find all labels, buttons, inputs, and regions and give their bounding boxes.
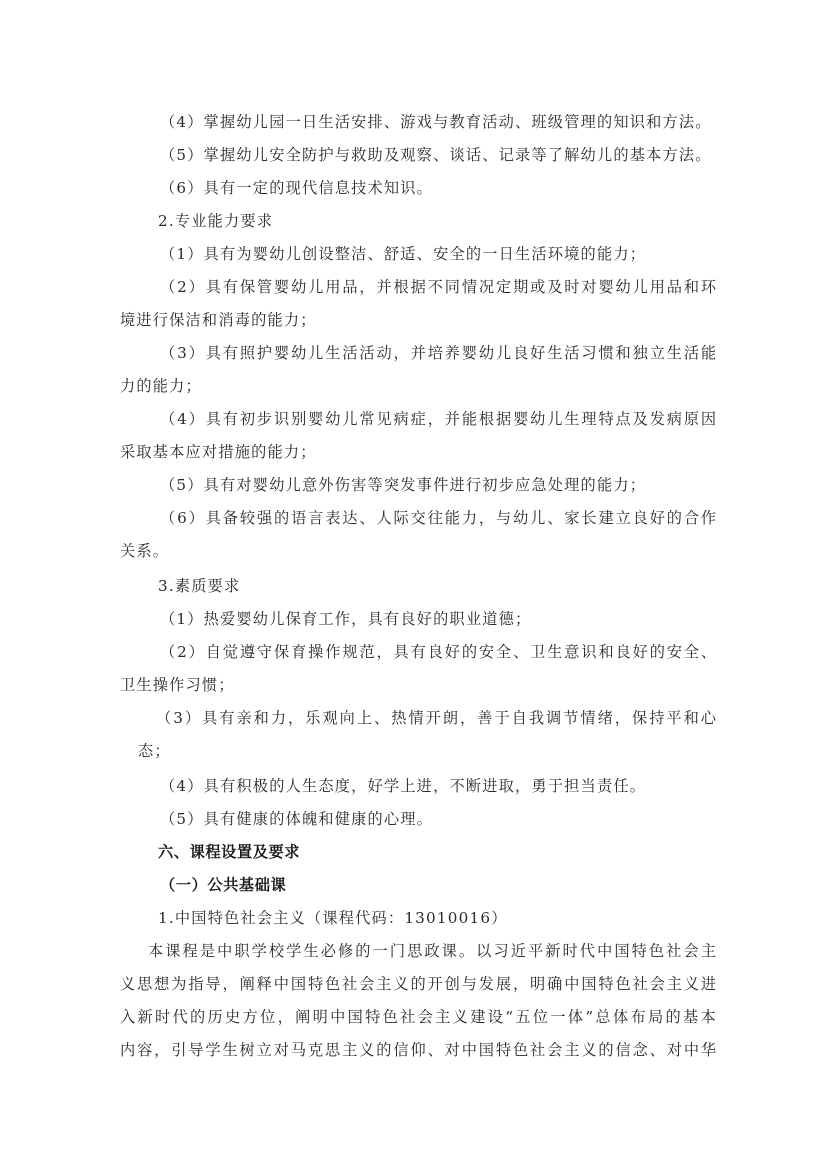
text-line: （1）热爱婴幼儿保育工作，具有良好的职业道德；	[160, 609, 531, 629]
text-line: 1.中国特色社会主义（课程代码：13010016）	[158, 908, 508, 928]
text-line: （2）具有保管婴幼儿用品，并根据不同情况定期或及时对婴幼儿用品和环	[160, 277, 718, 297]
text-line: 力的能力；	[120, 376, 202, 396]
document-page: （4）掌握幼儿园一日生活安排、游戏与教育活动、班级管理的知识和方法。（5）掌握幼…	[0, 0, 827, 1169]
text-line: 3.素质要求	[158, 576, 240, 596]
text-line: （6）具有一定的现代信息技术知识。	[160, 178, 433, 198]
text-line: （2）自觉遵守保育操作规范，具有良好的安全、卫生意识和良好的安全、	[160, 642, 718, 662]
text-line: 2.专业能力要求	[158, 211, 273, 231]
text-line: 入新时代的历史方位，阐明中国特色社会主义建设“五位一体”总体布局的基本	[120, 1007, 718, 1027]
text-line: 内容，引导学生树立对马克思主义的信仰、对中国特色社会主义的信念、对中华	[120, 1040, 718, 1060]
text-line: 采取基本应对措施的能力；	[120, 442, 317, 462]
text-line: （6）具备较强的语言表达、人际交往能力，与幼儿、家长建立良好的合作	[160, 508, 718, 528]
text-line: 义思想为指导，阐释中国特色社会主义的开创与发展，明确中国特色社会主义进	[120, 974, 718, 994]
section-heading: 六、课程设置及要求	[158, 842, 300, 862]
text-line: 态；	[138, 741, 171, 761]
text-line: （1）具有为婴幼儿创设整洁、舒适、安全的一日生活环境的能力；	[160, 244, 646, 264]
text-line: 卫生操作习惯；	[120, 675, 235, 695]
text-line: （5）掌握幼儿安全防护与救助及观察、谈话、记录等了解幼儿的基本方法。	[160, 145, 712, 165]
text-line: （3）具有亲和力，乐观向上、热情开朗，善于自我调节情绪，保持平和心	[156, 708, 718, 728]
text-line: 境进行保洁和消毒的能力；	[120, 310, 317, 330]
text-line: （3）具有照护婴幼儿生活活动，并培养婴幼儿良好生活习惯和独立生活能	[160, 343, 718, 363]
text-line: （4）掌握幼儿园一日生活安排、游戏与教育活动、班级管理的知识和方法。	[160, 112, 712, 132]
text-line: 本课程是中职学校学生必修的一门思政课。以习近平新时代中国特色社会主	[148, 941, 718, 961]
text-line: （5）具有对婴幼儿意外伤害等突发事件进行初步应急处理的能力；	[160, 475, 646, 495]
text-line: （5）具有健康的体魄和健康的心理。	[160, 809, 433, 829]
text-line: 关系。	[120, 541, 169, 561]
text-line: （4）具有初步识别婴幼儿常见病症，并能根据婴幼儿生理特点及发病原因	[160, 409, 718, 429]
text-line: （4）具有积极的人生态度，好学上进，不断进取，勇于担当责任。	[160, 776, 646, 796]
section-heading: （一）公共基础课	[160, 875, 286, 895]
